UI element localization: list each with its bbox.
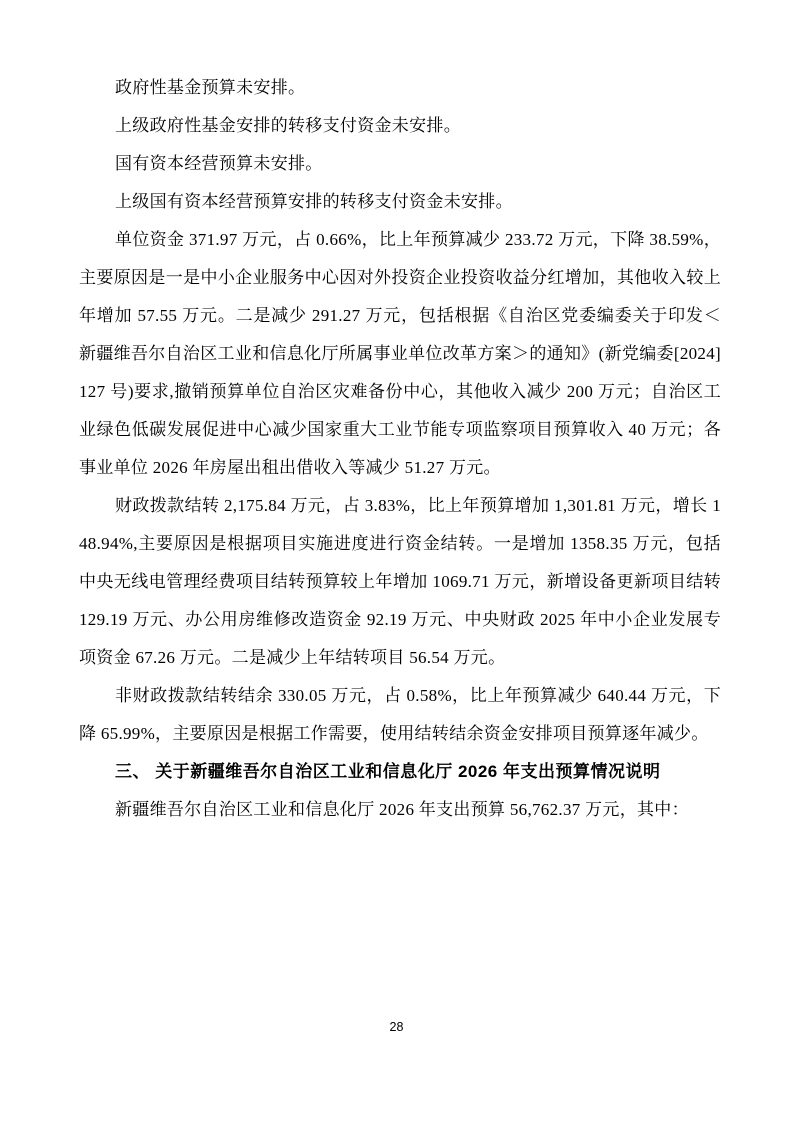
paragraph-unit-funds: 单位资金 371.97 万元，占 0.66%，比上年预算减少 233.72 万元… [79,221,721,487]
paragraph-gov-fund-budget: 政府性基金预算未安排。 [79,69,721,107]
paragraph-state-capital-budget: 国有资本经营预算未安排。 [79,145,721,183]
paragraph-expenditure-total: 新疆维吾尔自治区工业和信息化厅 2026 年支出预算 56,762.37 万元，… [79,791,721,829]
page-number: 28 [0,1020,793,1034]
paragraph-superior-state-capital-transfer: 上级国有资本经营预算安排的转移支付资金未安排。 [79,183,721,221]
document-body: 政府性基金预算未安排。 上级政府性基金安排的转移支付资金未安排。 国有资本经营预… [79,69,721,829]
document-page: 政府性基金预算未安排。 上级政府性基金安排的转移支付资金未安排。 国有资本经营预… [0,0,793,1122]
paragraph-superior-gov-fund-transfer: 上级政府性基金安排的转移支付资金未安排。 [79,107,721,145]
paragraph-non-fiscal-carryover: 非财政拨款结转结余 330.05 万元，占 0.58%，比上年预算减少 640.… [79,677,721,753]
paragraph-fiscal-carryover: 财政拨款结转 2,175.84 万元，占 3.83%，比上年预算增加 1,301… [79,487,721,677]
section-heading-expenditure: 三、 关于新疆维吾尔自治区工业和信息化厅 2026 年支出预算情况说明 [79,753,721,791]
